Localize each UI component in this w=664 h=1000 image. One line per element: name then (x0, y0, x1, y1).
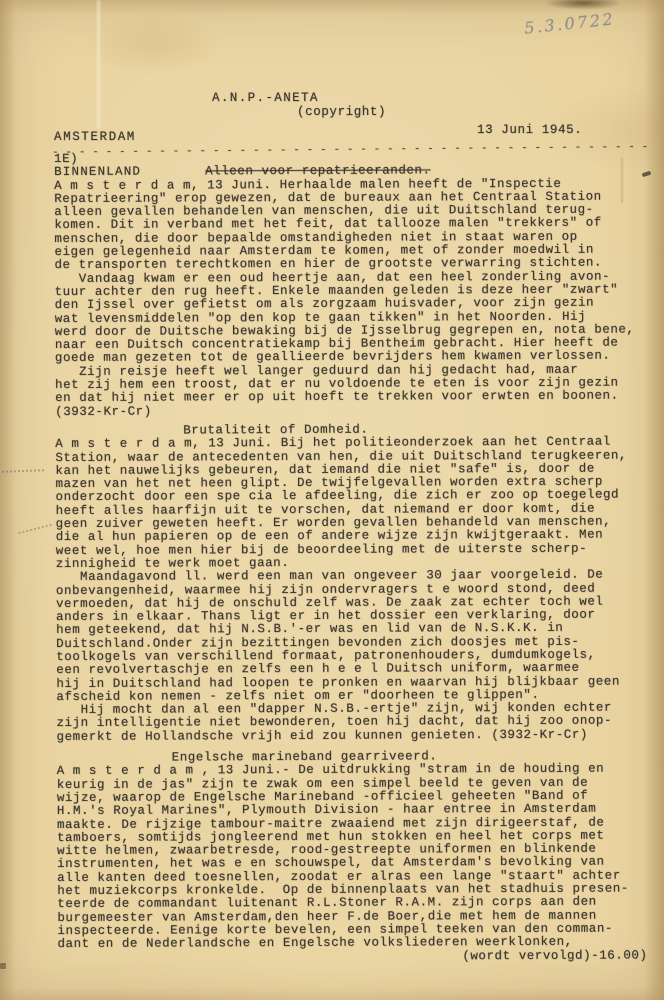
pencil-margin-mark (18, 524, 51, 534)
handwritten-filing-number: 5.3.0722 (523, 9, 616, 37)
copyright-line: (copyright) (297, 105, 386, 119)
dateline: 13 Juni 1945. (477, 123, 582, 137)
agency-name: A.N.P.-ANETA (212, 91, 319, 105)
article-3-body: A m s t e r d a m , 13 Juni.- De uitdruk… (57, 763, 658, 952)
ink-speck (0, 963, 6, 969)
article-1-body: A m s t e r d a m, 13 Juni. Herhaalde ma… (54, 177, 655, 419)
continuation-note: (wordt vervolgd)-16.00) (57, 949, 657, 965)
bulletin-content: 1E) BINNENLAND Alleen voor repatrieerand… (54, 150, 658, 964)
pencil-margin-mark (2, 469, 44, 472)
paper-crease (97, 0, 100, 128)
city-label: AMSTERDAM (54, 130, 136, 144)
scanned-news-bulletin-page: 5.3.0722 A.N.P.-ANETA (copyright) 13 Jun… (0, 0, 664, 1000)
article-2-body: A m s t e r d a m, 13 Juni. Bij het poli… (55, 436, 656, 744)
